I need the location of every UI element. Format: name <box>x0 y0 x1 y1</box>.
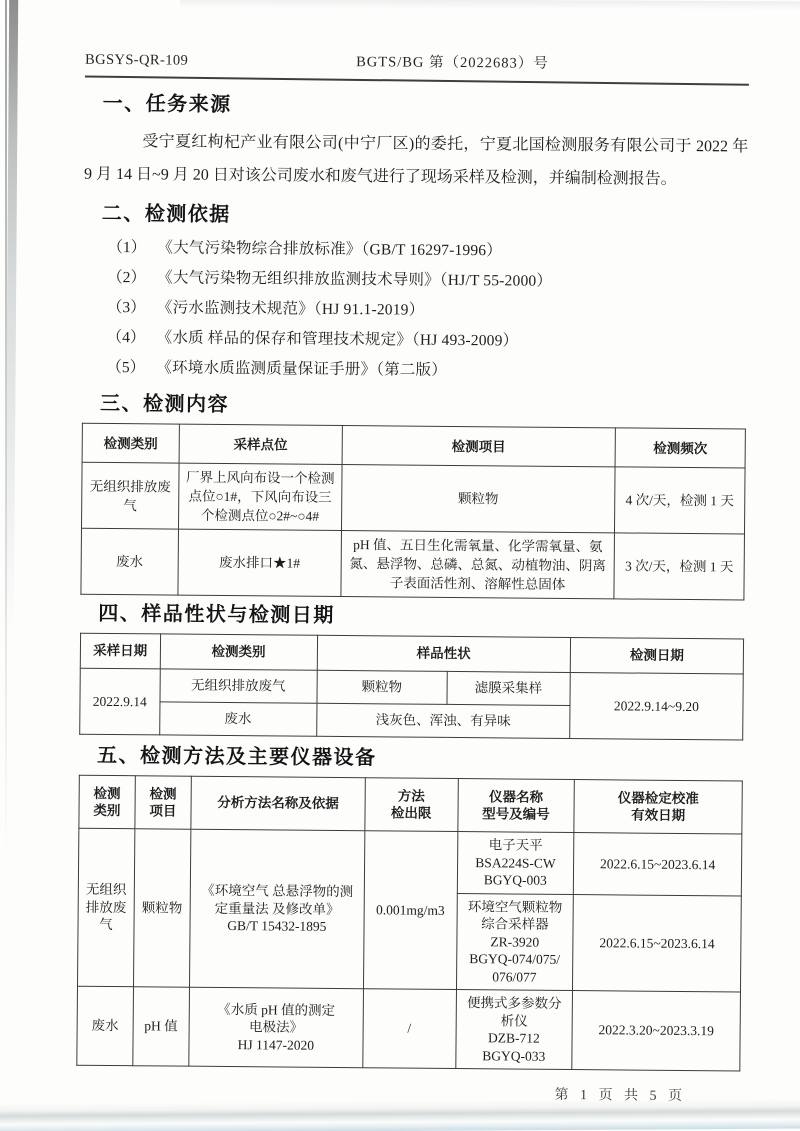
list-item-number: （3） <box>107 293 157 323</box>
cell-method: 《水质 pH 值的测定 电极法》 HJ 1147-2020 <box>189 987 363 1068</box>
cell-test-item: pH 值、五日生化需氧量、化学需氧量、氨氮、悬浮物、总磷、总氮、动植物油、阴离子… <box>341 530 615 598</box>
header-cell-detection-limit: 方法 检出限 <box>365 778 458 832</box>
cell-calibration-validity: 2022.3.20~2023.3.19 <box>572 991 740 1071</box>
cell-sampling-point: 废水排口★1# <box>178 529 342 596</box>
cell-test-item: 颗粒物 <box>341 464 615 532</box>
scan-edge-bottom <box>0 1099 800 1131</box>
test-content-table: 检测类别 采样点位 检测项目 检测频次 无组织排放废气 厂界上风向布设一个检测点… <box>80 423 745 601</box>
header-cell-category: 检测 类别 <box>79 775 135 828</box>
cell-sampling-point: 厂界上风向布设一个检测点位○1#，下风向布设三个检测点位○2#~○4# <box>178 463 342 530</box>
section-title-methods-instruments: 五、检测方法及主要仪器设备 <box>97 743 743 775</box>
cell-frequency: 4 次/天，检测 1 天 <box>615 467 746 534</box>
header-cell-item: 检测 项目 <box>135 776 192 829</box>
header-cell-method: 分析方法名称及依据 <box>191 776 365 831</box>
scan-edge-left-line <box>5 0 7 860</box>
header-cell-instrument: 仪器名称 型号及编号 <box>457 779 574 833</box>
cell-category: 无组织排放废气 <box>82 462 179 529</box>
cell-calibration-validity: 2022.6.15~2023.6.14 <box>573 894 742 992</box>
table-header-row: 采样日期 检测类别 样品性状 检测日期 <box>80 633 743 674</box>
scanned-page: BGSYS-QR-109 BGTS/BG 第（2022683）号 一、任务来源 … <box>0 0 800 1131</box>
cell-method: 《环境空气 总悬浮物的测 定重量法 及修改单》 GB/T 15432-1895 <box>190 829 365 989</box>
list-item-number: （2） <box>107 263 157 293</box>
table-row: 无组织排放废气 颗粒物 《环境空气 总悬浮物的测 定重量法 及修改单》 GB/T… <box>78 828 742 895</box>
cell-state: 滤膜采集样 <box>447 671 571 705</box>
cell-detection-limit: 0.001mg/m3 <box>363 831 457 990</box>
table-header-row: 检测类别 采样点位 检测项目 检测频次 <box>82 423 745 468</box>
table-header-row: 检测 类别 检测 项目 分析方法名称及依据 方法 检出限 仪器名称 型号及编号 … <box>79 775 742 834</box>
cell-instrument: 环境空气颗粒物 综合采样器 ZR-3920 BGYQ-074/075/ 076/… <box>456 893 574 991</box>
header-cell-sampling-point: 采样点位 <box>179 424 342 464</box>
list-item-number: （5） <box>106 353 156 383</box>
header-cell-calibration-validity: 仪器检定校准 有效日期 <box>574 780 742 834</box>
cell-detection-limit: / <box>363 989 456 1069</box>
header-cell-sample-state: 样品性状 <box>317 635 571 672</box>
section-title-sample-state: 四、样品性状与检测日期 <box>98 601 744 633</box>
list-item-number: （1） <box>107 233 157 263</box>
list-item-text: 《环境水质监测质量保证手册》（第二版） <box>156 353 447 386</box>
list-item-number: （4） <box>107 323 157 353</box>
cell-test-date: 2022.9.14~9.20 <box>570 672 744 740</box>
cell-state: 浅灰色、浑浊、有异味 <box>316 703 570 738</box>
list-item-text: 《大气污染物无组织排放监测技术导则》（HJ/T 55-2000） <box>157 263 552 296</box>
task-source-paragraph: 受宁夏红枸杞产业有限公司(中宁厂区)的委托，宁夏北国检测服务有限公司于 2022… <box>84 125 749 197</box>
cell-instrument: 便携式多参数分 析仪 DZB-712 BGYQ-033 <box>455 990 572 1070</box>
table-row: 无组织排放废气 厂界上风向布设一个检测点位○1#，下风向布设三个检测点位○2#~… <box>82 462 746 534</box>
cell-category: 无组织排放废气 <box>78 828 135 986</box>
header-cell-category: 检测类别 <box>82 423 179 463</box>
page-header: BGSYS-QR-109 BGTS/BG 第（2022683）号 <box>85 48 749 75</box>
header-rule <box>85 75 749 85</box>
methods-instruments-table: 检测 类别 检测 项目 分析方法名称及依据 方法 检出限 仪器名称 型号及编号 … <box>76 775 743 1072</box>
cell-sampling-date: 2022.9.14 <box>80 668 160 735</box>
list-item-text: 《水质 样品的保存和管理技术规定》（HJ 493-2009） <box>157 323 519 356</box>
header-cell-sampling-date: 采样日期 <box>80 633 160 669</box>
cell-calibration-validity: 2022.6.15~2023.6.14 <box>574 833 742 896</box>
document-sheet: BGSYS-QR-109 BGTS/BG 第（2022683）号 一、任务来源 … <box>76 0 750 1105</box>
sample-state-table: 采样日期 检测类别 样品性状 检测日期 2022.9.14 无组织排放废气 颗粒… <box>79 633 744 741</box>
cell-item: pH 值 <box>132 987 189 1066</box>
header-cell-test-item: 检测项目 <box>342 425 615 466</box>
cell-category: 废水 <box>77 986 133 1065</box>
report-number: BGTS/BG 第（2022683）号 <box>356 50 549 73</box>
test-basis-list: （1） 《大气污染物综合排放标准》（GB/T 16297-1996） （2） 《… <box>82 233 747 389</box>
cell-item: 颗粒物 <box>133 829 191 987</box>
list-item-text: 《污水监测技术规范》（HJ 91.1-2019） <box>157 293 425 325</box>
cell-frequency: 3 次/天，检测 1 天 <box>614 533 745 600</box>
list-item: （5） 《环境水质监测质量保证手册》（第二版） <box>82 353 746 389</box>
table-row: 废水 废水排口★1# pH 值、五日生化需氧量、化学需氧量、氨氮、悬浮物、总磷、… <box>81 528 745 600</box>
header-cell-test-date: 检测日期 <box>570 637 743 674</box>
document-code: BGSYS-QR-109 <box>85 52 188 70</box>
cell-category: 废水 <box>81 528 178 595</box>
cell-instrument: 电子天平 BSA224S-CW BGYQ-003 <box>457 832 574 895</box>
section-title-test-content: 三、检测内容 <box>100 391 746 423</box>
header-cell-frequency: 检测频次 <box>615 428 745 468</box>
section-title-task-source: 一、任务来源 <box>103 91 749 123</box>
header-cell-category: 检测类别 <box>160 634 317 670</box>
cell-category: 废水 <box>159 702 316 736</box>
section-title-test-basis: 二、检测依据 <box>102 201 748 233</box>
list-item-text: 《大气污染物综合排放标准》（GB/T 16297-1996） <box>157 233 502 266</box>
cell-category: 无组织排放废气 <box>160 669 317 703</box>
cell-item: 颗粒物 <box>317 670 447 704</box>
table-row: 废水 pH 值 《水质 pH 值的测定 电极法》 HJ 1147-2020 / … <box>77 986 741 1071</box>
